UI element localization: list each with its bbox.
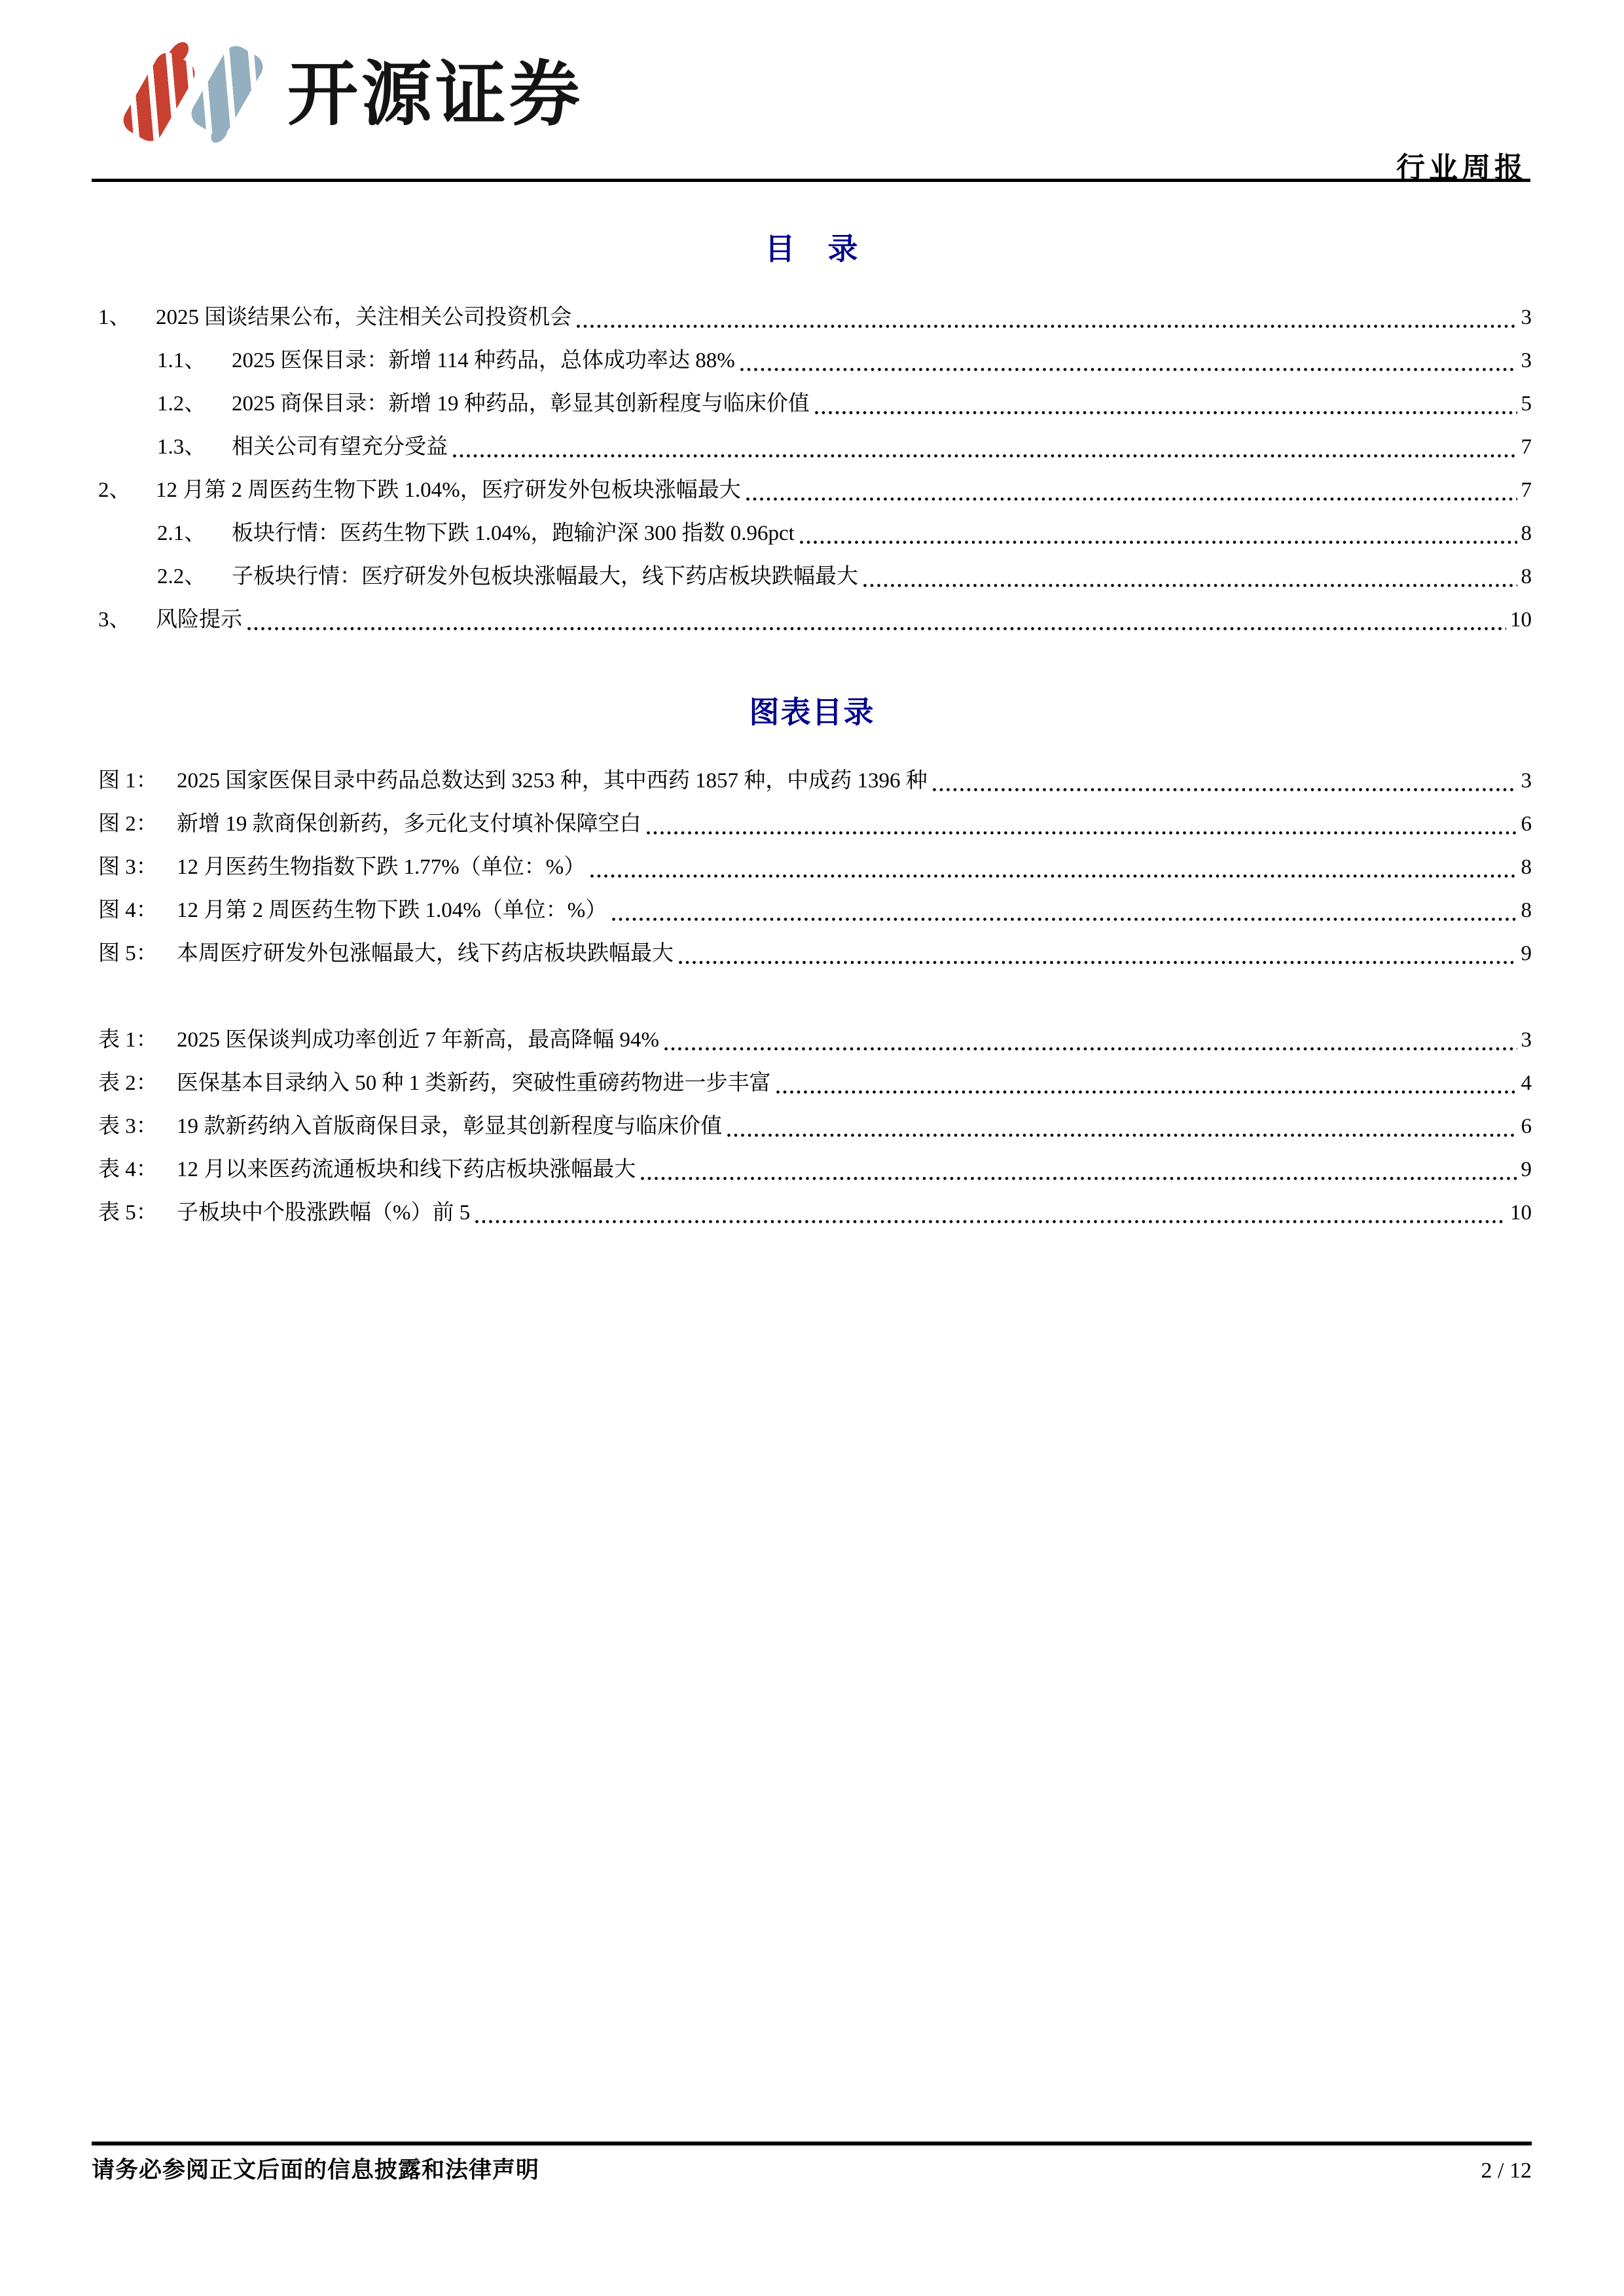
- toc-entry-page: 10: [1510, 598, 1532, 641]
- figure-leader-dots: [933, 788, 1517, 791]
- table-entry-label: 2025 医保谈判成功率创近 7 年新高，最高降幅 94%: [177, 1018, 659, 1062]
- toc-entry[interactable]: 1.1、 2025 医保目录：新增 114 种药品，总体成功率达 88% 3: [98, 339, 1532, 382]
- toc-list: 1、 2025 国谈结果公布，关注相关公司投资机会 3 1.1、 2025 医保…: [98, 296, 1532, 641]
- table-leader-dots: [727, 1134, 1517, 1137]
- toc-entry[interactable]: 1.3、 相关公司有望充分受益 7: [98, 425, 1532, 469]
- toc-entry[interactable]: 1.2、 2025 商保目录：新增 19 种药品，彰显其创新程度与临床价值 5: [98, 382, 1532, 425]
- figure-entry[interactable]: 图 1： 2025 国家医保目录中药品总数达到 3253 种，其中西药 1857…: [98, 759, 1532, 802]
- figure-entry-number: 图 1：: [98, 759, 177, 802]
- table-entry-page: 9: [1521, 1148, 1532, 1191]
- toc-entry-label: 2025 医保目录：新增 114 种药品，总体成功率达 88%: [232, 339, 735, 382]
- table-entry-label: 12 月以来医药流通板块和线下药店板块涨幅最大: [177, 1148, 636, 1191]
- toc-entry-page: 8: [1521, 512, 1532, 555]
- figure-entry-label: 12 月第 2 周医药生物下跌 1.04%（单位：%）: [177, 889, 607, 932]
- figure-entry[interactable]: 图 2： 新增 19 款商保创新药，多元化支付填补保障空白 6: [98, 802, 1532, 846]
- figure-entry-number: 图 4：: [98, 889, 177, 932]
- table-entry-label: 子板块中个股涨跌幅（%）前 5: [177, 1191, 470, 1234]
- toc-entry-number: 1.1、: [157, 339, 232, 382]
- toc-leader-dots: [247, 627, 1506, 630]
- table-entry-page: 10: [1510, 1191, 1532, 1234]
- table-entry-number: 表 2：: [98, 1062, 177, 1105]
- toc-entry-label: 板块行情：医药生物下跌 1.04%，跑输沪深 300 指数 0.96pct: [232, 512, 795, 555]
- figure-entry-label: 12 月医药生物指数下跌 1.77%（单位：%）: [177, 846, 585, 889]
- toc-entry-number: 2.1、: [157, 512, 232, 555]
- table-entry[interactable]: 表 4： 12 月以来医药流通板块和线下药店板块涨幅最大 9: [98, 1148, 1532, 1191]
- figure-entry[interactable]: 图 3： 12 月医药生物指数下跌 1.77%（单位：%） 8: [98, 846, 1532, 889]
- toc-entry-label: 12 月第 2 周医药生物下跌 1.04%，医疗研发外包板块涨幅最大: [156, 469, 741, 512]
- table-entry[interactable]: 表 5： 子板块中个股涨跌幅（%）前 5 10: [98, 1191, 1532, 1234]
- toc-entry-page: 7: [1521, 425, 1532, 469]
- toc-entry-page: 3: [1521, 296, 1532, 339]
- footer-page-indicator: 2 / 12: [1481, 2159, 1532, 2183]
- table-leader-dots: [475, 1220, 1506, 1223]
- table-entry[interactable]: 表 3： 19 款新药纳入首版商保目录，彰显其创新程度与临床价值 6: [98, 1105, 1532, 1148]
- toc-leader-dots: [453, 454, 1517, 457]
- toc-entry-page: 8: [1521, 555, 1532, 598]
- footer: 请务必参阅正文后面的信息披露和法律声明 2 / 12: [92, 2152, 1532, 2185]
- toc-leader-dots: [800, 541, 1517, 544]
- toc-entry[interactable]: 2.2、 子板块行情：医疗研发外包板块涨幅最大，线下药店板块跌幅最大 8: [98, 555, 1532, 598]
- table-entry-page: 3: [1521, 1018, 1532, 1062]
- logo-red-leaf: [118, 48, 199, 146]
- figure-entry[interactable]: 图 5： 本周医疗研发外包涨幅最大，线下药店板块跌幅最大 9: [98, 932, 1532, 975]
- figure-entry-label: 本周医疗研发外包涨幅最大，线下药店板块跌幅最大: [177, 932, 674, 975]
- figure-entry-page: 9: [1521, 932, 1532, 975]
- toc-entry[interactable]: 2、 12 月第 2 周医药生物下跌 1.04%，医疗研发外包板块涨幅最大 7: [98, 469, 1532, 512]
- toc-entry-number: 1.3、: [157, 425, 232, 469]
- toc-leader-dots: [740, 368, 1517, 371]
- figure-entry-number: 图 5：: [98, 932, 177, 975]
- table-entry[interactable]: 表 1： 2025 医保谈判成功率创近 7 年新高，最高降幅 94% 3: [98, 1018, 1532, 1062]
- figure-list: 图 1： 2025 国家医保目录中药品总数达到 3253 种，其中西药 1857…: [98, 759, 1532, 975]
- toc-entry[interactable]: 2.1、 板块行情：医药生物下跌 1.04%，跑输沪深 300 指数 0.96p…: [98, 512, 1532, 555]
- toc-entry-label: 2025 国谈结果公布，关注相关公司投资机会: [156, 296, 571, 339]
- table-entry[interactable]: 表 2： 医保基本目录纳入 50 种 1 类新药，突破性重磅药物进一步丰富 4: [98, 1062, 1532, 1105]
- toc-leader-dots: [746, 497, 1517, 501]
- toc-entry-page: 5: [1521, 382, 1532, 425]
- figure-entry-label: 2025 国家医保目录中药品总数达到 3253 种，其中西药 1857 种，中成…: [177, 759, 928, 802]
- toc-title: 目 录: [0, 225, 1624, 268]
- figure-entry-number: 图 3：: [98, 846, 177, 889]
- figure-leader-dots: [679, 961, 1517, 964]
- brand-logo-text: 开源证券: [287, 59, 583, 130]
- toc-entry-label: 相关公司有望充分受益: [232, 425, 448, 469]
- toc-entry-number: 2、: [98, 469, 156, 512]
- report-page: 开源证券 行业周报 目 录 1、 2025 国谈结果公布，关注相关公司投资机会 …: [0, 0, 1624, 2296]
- toc-leader-dots: [577, 325, 1517, 328]
- figure-entry-number: 图 2：: [98, 802, 177, 846]
- figure-leader-dots: [612, 918, 1517, 921]
- figure-entry-page: 3: [1521, 759, 1532, 802]
- toc-entry-number: 2.2、: [157, 555, 232, 598]
- figure-leader-dots: [590, 874, 1517, 878]
- table-leader-dots: [641, 1177, 1517, 1180]
- table-list: 表 1： 2025 医保谈判成功率创近 7 年新高，最高降幅 94% 3 表 2…: [98, 1018, 1532, 1234]
- toc-entry[interactable]: 1、 2025 国谈结果公布，关注相关公司投资机会 3: [98, 296, 1532, 339]
- toc-entry-page: 3: [1521, 339, 1532, 382]
- brand-logo-icon: [134, 45, 265, 144]
- table-leader-dots: [664, 1047, 1517, 1050]
- header-divider: [92, 179, 1530, 182]
- figure-entry-page: 8: [1521, 889, 1532, 932]
- table-entry-page: 6: [1521, 1105, 1532, 1148]
- footer-divider: [92, 2142, 1532, 2145]
- table-entry-label: 19 款新药纳入首版商保目录，彰显其创新程度与临床价值: [177, 1105, 722, 1148]
- toc-entry-label: 风险提示: [156, 598, 242, 641]
- toc-entry[interactable]: 3、 风险提示 10: [98, 598, 1532, 641]
- toc-entry-label: 子板块行情：医疗研发外包板块涨幅最大，线下药店板块跌幅最大: [232, 555, 858, 598]
- toc-entry-number: 3、: [98, 598, 156, 641]
- figure-entry-page: 6: [1521, 802, 1532, 846]
- toc-entry-number: 1.2、: [157, 382, 232, 425]
- logo-blue-leaf: [187, 41, 267, 139]
- figure-leader-dots: [647, 831, 1517, 834]
- table-leader-dots: [776, 1090, 1517, 1094]
- table-entry-label: 医保基本目录纳入 50 种 1 类新药，突破性重磅药物进一步丰富: [177, 1062, 771, 1105]
- figure-entry-label: 新增 19 款商保创新药，多元化支付填补保障空白: [177, 802, 641, 846]
- table-entry-number: 表 4：: [98, 1148, 177, 1191]
- figure-entry[interactable]: 图 4： 12 月第 2 周医药生物下跌 1.04%（单位：%） 8: [98, 889, 1532, 932]
- toc-entry-page: 7: [1521, 469, 1532, 512]
- toc-leader-dots: [815, 411, 1517, 414]
- table-entry-number: 表 1：: [98, 1018, 177, 1062]
- toc-leader-dots: [863, 584, 1517, 587]
- table-entry-page: 4: [1521, 1062, 1532, 1105]
- toc-entry-number: 1、: [98, 296, 156, 339]
- figures-toc-title: 图表目录: [0, 689, 1624, 732]
- table-entry-number: 表 5：: [98, 1191, 177, 1234]
- table-entry-number: 表 3：: [98, 1105, 177, 1148]
- figure-entry-page: 8: [1521, 846, 1532, 889]
- toc-entry-label: 2025 商保目录：新增 19 种药品，彰显其创新程度与临床价值: [232, 382, 810, 425]
- footer-disclaimer: 请务必参阅正文后面的信息披露和法律声明: [92, 2152, 539, 2185]
- brand-logo: 开源证券: [134, 45, 583, 144]
